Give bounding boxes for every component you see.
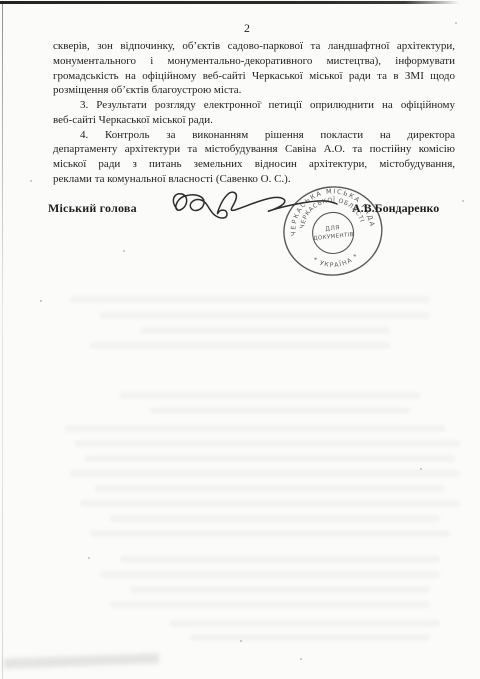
scanned-document-page: 2 скверів, зон відпочинку, об’єктів садо… [0,0,480,679]
scan-speck [30,180,32,182]
bleed-through-mark [90,530,450,537]
scan-smudge [4,653,159,668]
text-line: монументального і монументально-декорати… [53,54,455,69]
document-body: скверів, зон відпочинку, об’єктів садово… [53,39,455,187]
scan-speck [123,250,125,252]
bleed-through-mark [130,586,430,593]
bleed-through-mark [110,601,430,608]
scan-speck [40,300,42,302]
text-line: 4. Контроль за виконанням рішення поклас… [53,128,455,143]
bleed-through-mark [95,485,445,492]
bleed-through-mark [80,500,460,507]
stamp-bottom-text: * УКРАЇНА * [311,252,361,271]
bleed-through-mark [70,296,430,303]
bleed-through-mark [100,312,430,319]
scan-speck [462,200,464,202]
bleed-through-mark [70,470,460,477]
text-line: громадськість на офіційному веб-сайті Че… [53,69,455,84]
bleed-through-mark [110,515,440,522]
scan-speck [88,557,90,559]
bleed-through-mark [120,556,440,563]
text-line: 3. Результати розгляду електронної петиц… [53,98,455,113]
scan-speck [455,22,457,24]
bleed-through-mark [100,571,440,578]
scan-speck [260,102,262,104]
page-number: 2 [14,21,480,36]
scan-speck [300,658,302,660]
text-line: міської ради з питань земельних відносин… [53,157,455,172]
bleed-through-mark [190,634,430,641]
stamp-center-line2: ДОКУМЕНТІВ [313,232,354,242]
bleed-through-mark [140,327,390,334]
scan-edge-top [0,1,460,4]
text-line: розміщення об’єктів благоустрою міста. [53,83,455,98]
bleed-through-mark [150,407,410,414]
bleed-through-mark [170,620,440,627]
bleed-through-mark [85,455,455,462]
bleed-through-mark [120,392,420,399]
signatory-title: Міський голова [48,201,137,216]
handwritten-signature [165,185,345,227]
bleed-through-mark [90,342,390,349]
signatory-name: А.В.Бондаренко [352,201,439,216]
scan-edge-left [2,4,3,679]
text-line: скверів, зон відпочинку, об’єктів садово… [53,39,455,54]
bleed-through-mark [75,440,460,447]
text-line: департаменту архітектури та містобудуван… [53,142,455,157]
text-line: веб-сайті Черкаської міської ради. [53,113,455,128]
bleed-through-mark [65,425,445,432]
